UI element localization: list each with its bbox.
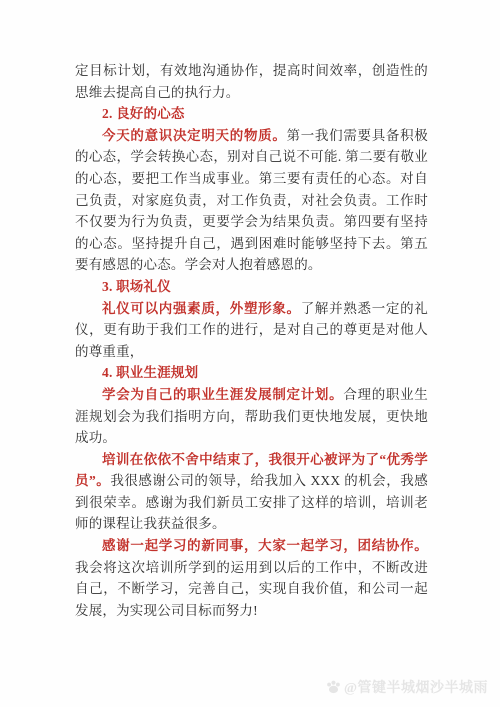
body-text: 我很感谢公司的领导，给我加入 XXX 的机会，我感到很荣幸。感谢为我们新员工安排… xyxy=(75,473,428,531)
paragraph: 礼仪可以内强素质，外塑形象。了解并熟悉一定的礼仪，更有助于我们工作的进行，是对自… xyxy=(75,298,428,363)
emphasis-text: 学会为自己的职业生涯发展制定计划。 xyxy=(102,387,343,402)
paragraph: 学会为自己的职业生涯发展制定计划。合理的职业生涯规划会为我们指明方向，帮助我们更… xyxy=(75,384,428,449)
body-text: 定目标计划，有效地沟通协作，提高时间效率，创造性的思维去提高自己的执行力。 xyxy=(75,63,428,100)
body-text: 第一我们需要具备积极的心态，学会转换心态，别对自己说不可能. 第二要有敬业的心态… xyxy=(75,128,428,273)
section-heading: 2. 良好的心态 xyxy=(75,103,428,125)
document-body: 定目标计划，有效地沟通协作，提高时间效率，创造性的思维去提高自己的执行力。2. … xyxy=(75,60,428,621)
emphasis-text: 3. 职场礼仪 xyxy=(102,279,171,294)
paragraph: 今天的意识决定明天的物质。第一我们需要具备积极的心态，学会转换心态，别对自己说不… xyxy=(75,125,428,276)
emphasis-text: 2. 良好的心态 xyxy=(102,106,185,121)
section-heading: 4. 职业生涯规划 xyxy=(75,362,428,384)
paragraph: 感谢一起学习的新同事，大家一起学习，团结协作。我会将这次培训所学到的运用到以后的… xyxy=(75,535,428,621)
emphasis-text: 今天的意识决定明天的物质。 xyxy=(102,128,287,143)
watermark: @管键半城烟沙半城雨 xyxy=(326,677,488,697)
emphasis-text: 4. 职业生涯规划 xyxy=(102,365,198,380)
watermark-text: @管键半城烟沙半城雨 xyxy=(344,677,488,697)
paragraph: 培训在依依不舍中结束了，我很开心被评为了“优秀学员”。我很感谢公司的领导，给我加… xyxy=(75,449,428,535)
section-heading: 3. 职场礼仪 xyxy=(75,276,428,298)
document-page: 定目标计划，有效地沟通协作，提高时间效率，创造性的思维去提高自己的执行力。2. … xyxy=(0,0,500,707)
body-text: 我会将这次培训所学到的运用到以后的工作中，不断改进自己，不断学习，完善自己，实现… xyxy=(75,560,428,618)
paragraph: 定目标计划，有效地沟通协作，提高时间效率，创造性的思维去提高自己的执行力。 xyxy=(75,60,428,103)
emphasis-text: 礼仪可以内强素质，外塑形象。 xyxy=(102,301,301,316)
emphasis-text: 感谢一起学习的新同事，大家一起学习，团结协作。 xyxy=(102,538,428,553)
paw-icon xyxy=(326,680,341,694)
